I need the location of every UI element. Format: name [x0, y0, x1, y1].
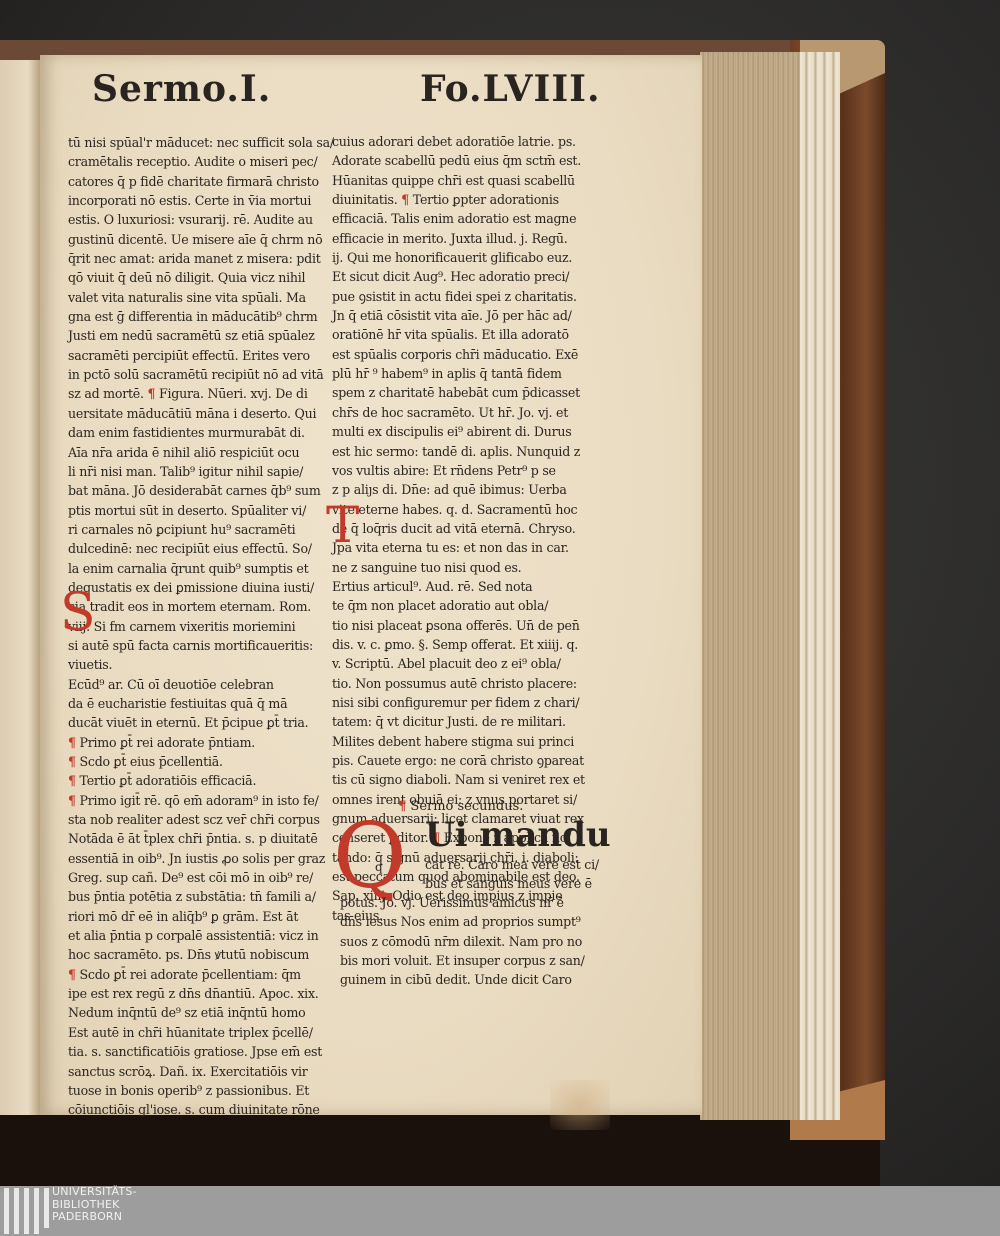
text-line: cuius adorari debet adoratiōe latrie. ps…: [332, 132, 622, 151]
text-line: in pctō solū sacramētū recipiūt nō ad vi…: [68, 365, 324, 384]
text-line: ¶ Tertio ꝑt̄ adoratiōis efficaciā.: [68, 771, 324, 790]
text-line: dn̄s iesus Nos enim ad proprios sumpt⁹: [340, 912, 625, 931]
text-line: tū nisi spūal'r māducet: nec sufficit so…: [68, 133, 324, 152]
text-line: oratiōnē hr̄ vita spūalis. Et illa adora…: [332, 325, 622, 344]
text-line: cōiunctiōis gl'iose. s. cum diuinitate r…: [68, 1100, 324, 1119]
text-line: degustatis ex dei ꝑmissione diuina iusti…: [68, 578, 324, 597]
text-line: vos vultis abire: Et rn̄dens Petr⁹ p se: [332, 461, 622, 480]
text-line: pue ꝯsistit in actu fidei spei z charita…: [332, 287, 622, 306]
folio-number: Fo.LVIII.: [420, 68, 601, 110]
text-line: tio. Non possumus autē christo placere:: [332, 674, 622, 693]
text-line: si autē spū facta carnis mortificaueriti…: [68, 636, 324, 655]
running-head-left-text: Sermo.I.: [92, 68, 271, 110]
logo-line-3: PADERBORN: [52, 1211, 137, 1224]
text-line: v. Scriptū. Abel placuit deo z ei⁹ obla/: [332, 654, 622, 673]
running-head-left: Sermo.I.: [92, 68, 271, 110]
text-line: Ecūd⁹ ar. Cū oī deuotiōe celebran: [68, 675, 324, 694]
text-line: q̄rit nec amat: arida manet z misera: pd…: [68, 249, 324, 268]
text-line: chr̄s de hoc sacramēto. Ut hr̄. Jo. vj. …: [332, 403, 622, 422]
text-line: Nedum inq̄ntū de⁹ sz etiā inq̄ntū homo: [68, 1003, 324, 1022]
text-line: de q̄ loq̄ris ducit ad vitā eternā. Chry…: [332, 519, 622, 538]
text-line: Jn q̄ etiā cōsistit vita aīe. Jō per hāc…: [332, 306, 622, 325]
text-line: sta nob realiter adest scz ver̄ chr̄i co…: [68, 810, 324, 829]
text-line: ¶ Primo ꝑt̄ rei adorate p̄ntiam.: [68, 733, 324, 752]
text-line: uersitate māducātiū māna i deserto. Qui: [68, 404, 324, 423]
text-line: guinem in cibū dedit. Unde dicit Caro: [340, 970, 625, 989]
text-line: cia tradit eos in mortem eternam. Rom.: [68, 597, 324, 616]
page-edges-stack: [700, 52, 840, 1120]
text-line: pis. Cauete ergo: ne corā christo ꝯparea…: [332, 751, 622, 770]
text-line: Milites debent habere stigma sui princi: [332, 732, 622, 751]
paragraph-mark-icon: ¶: [148, 386, 156, 401]
library-logo-icon: [4, 1188, 46, 1234]
text-line: hoc sacramēto. ps. Dn̄s ꝟtutū nobiscum: [68, 945, 324, 964]
text-line: z p aliȷs di. Dn̄e: ad quē ibimus: Uerba: [332, 480, 622, 499]
facing-page-edge: [0, 60, 42, 1115]
text-line: tuose in bonis operib⁹ z passionibus. Et: [68, 1081, 324, 1100]
text-line: gna est ḡ differentia in māducātib⁹ chrm: [68, 307, 324, 326]
text-line: viuetis.: [68, 655, 324, 674]
text-line: viij. Si fm carnem vixeritis moriemini: [68, 617, 324, 636]
text-line: Notāda ē āt t̄plex chr̄i p̄ntia. s. p di…: [68, 829, 324, 848]
text-line: ij. Qui me honorificauerit glificabo euz…: [332, 248, 622, 267]
text-line: te q̄m non placet adoratio aut obla/: [332, 596, 622, 615]
text-line: tia. s. sanctificatiōis gratiose. Jpse e…: [68, 1042, 324, 1061]
logo-line-1: UNIVERSITÄTS-: [52, 1186, 137, 1199]
text-line: Ertius articul⁹. Aud. rē. Sed nota: [332, 577, 622, 596]
text-line: li nr̄i nisi man. Talib⁹ igitur nihil sa…: [68, 462, 324, 481]
book-shadow: [0, 1110, 880, 1186]
folio-number-text: Fo.LVIII.: [420, 68, 601, 110]
text-line: et alia p̄ntia p corpalē assistentiā: vi…: [68, 926, 324, 945]
text-line: valet vita naturalis sine vita spūali. M…: [68, 288, 324, 307]
paragraph-mark-icon: ¶: [401, 192, 409, 207]
paragraph-mark-icon: ¶: [68, 773, 76, 788]
text-line: bus p̄ntia potētia z substātia: tn̄ fami…: [68, 887, 324, 906]
text-line: ¶ Scdo ꝑt̄ eius p̄cellentiā.: [68, 752, 324, 771]
text-line: ptis mortui sūt in deserto. Spūaliter vi…: [68, 501, 324, 520]
text-line: sz ad mortē. ¶ Figura. Nūeri. xvj. De di: [68, 384, 324, 403]
text-line: ¶ Primo igit̄ rē. qō em̄ adoram⁹ in isto…: [68, 791, 324, 810]
text-line: incorporati nō estis. Certe in v̄ia mort…: [68, 191, 324, 210]
text-after-initial: cat rē. Caro mea vere est ci/bus et sang…: [425, 855, 625, 894]
text-after-initial-continued: potus. Jo. vj. Uerissimus amicus nr̄ ēdn…: [340, 893, 625, 990]
text-line: Aīa nr̄a arida ē nihil aliō respiciūt oc…: [68, 443, 324, 462]
text-line: Est autē in chr̄i hūanitate triplex p̄ce…: [68, 1023, 324, 1042]
text-line: dam enim fastidientes murmurabāt di.: [68, 423, 324, 442]
text-line: plū hr̄ ⁹ habem⁹ in aplis q̄ tantā fidem: [332, 364, 622, 383]
text-line: tatem: q̄ vt dicitur Justi. de re milita…: [332, 712, 622, 731]
text-line: dulcedinē: nec recipiūt eius effectū. So…: [68, 539, 324, 558]
text-line: tio nisi placeat ꝑsona offerēs. Un̄ de p…: [332, 616, 622, 635]
library-banner: UNIVERSITÄTS- BIBLIOTHEK PADERBORN: [0, 1186, 1000, 1236]
text-line: cramētalis receptio. Audite o miseri pec…: [68, 152, 324, 171]
text-line: ¶ Scdo ꝑt̄ rei adorate p̄cellentiam: q̄m: [68, 965, 324, 984]
page-edges-light: [800, 52, 840, 1120]
text-line: bus et sanguis meus vere ē: [425, 874, 625, 893]
text-line: essentiā in oib⁹. Jn iustis ꝓo solis per…: [68, 849, 324, 868]
paragraph-mark-icon: ¶: [68, 735, 76, 750]
text-line: Hūanitas quippe chr̄i est quasi scabellū: [332, 171, 622, 190]
text-line: catores q̄ p fidē charitate firmarā chri…: [68, 172, 324, 191]
paragraph-mark-icon: ¶: [68, 967, 76, 982]
paragraph-mark-icon: ¶: [68, 754, 76, 769]
text-line: vite eterne habes. q. d. Sacramentū hoc: [332, 500, 622, 519]
rubricated-initial-s: S: [60, 587, 96, 639]
text-line: nisi sibi configuremur per fidem z chari…: [332, 693, 622, 712]
text-line: estis. O luxuriosi: vsurarij. rē. Audite…: [68, 210, 324, 229]
text-line: multi ex discipulis ei⁹ abirent di. Duru…: [332, 422, 622, 441]
text-line: suos z cōmodū nr̄m dilexit. Nam pro no: [340, 932, 625, 951]
text-line: est hic sermo: tandē di. aplis. Nunquid …: [332, 442, 622, 461]
text-line: diuinitatis. ¶ Tertio ꝑpter adorationis: [332, 190, 622, 209]
library-logo-text: UNIVERSITÄTS- BIBLIOTHEK PADERBORN: [52, 1186, 137, 1224]
text-line: sanctus scrōꝝ. Dañ. ix. Exercitatiōis vi…: [68, 1062, 324, 1081]
text-line: efficacie in merito. Juxta illud. j. Reg…: [332, 229, 622, 248]
text-line: Jpa vita eterna tu es: et non das in car…: [332, 538, 622, 557]
text-line: tis cū signo diaboli. Nam si veniret rex…: [332, 770, 622, 789]
rubricated-initial-q: Q: [333, 812, 407, 902]
text-line: Justi em nedū sacramētū sz etiā spūalez: [68, 326, 324, 345]
incipit-heading: Ui mandu: [425, 815, 611, 855]
section-heading: ¶ Sermo secundus.: [398, 799, 523, 814]
text-line: bis mori voluit. Et insuper corpus z san…: [340, 951, 625, 970]
rubricated-initial-t: T: [326, 500, 359, 550]
text-line: Et sicut dicit Aug⁹. Hec adoratio preci/: [332, 267, 622, 286]
guide-letter: q: [375, 860, 383, 874]
text-line: bat māna. Jō desiderabāt carnes q̄b⁹ sum: [68, 481, 324, 500]
text-line: ipe est rex regū z dn̄s dn̄antiū. Apoc. …: [68, 984, 324, 1003]
text-line: potus. Jo. vj. Uerissimus amicus nr̄ ē: [340, 893, 625, 912]
text-line: ri carnales nō ꝑcipiunt hu⁹ sacramēti: [68, 520, 324, 539]
text-line: est spūalis corporis chr̄i māducatio. Ex…: [332, 345, 622, 364]
text-line: Adorate scabellū pedū eius q̄m sctm̄ est…: [332, 151, 622, 170]
text-line: la enim carnalia q̄runt quib⁹ sumptis et: [68, 559, 324, 578]
text-column-left: tū nisi spūal'r māducet: nec sufficit so…: [68, 133, 324, 1120]
text-line: sacramēti percipiūt effectū. Erites vero: [68, 346, 324, 365]
text-line: efficaciā. Talis enim adoratio est magne: [332, 209, 622, 228]
text-line: riori mō dr̄ eē in aliq̄b⁹ ꝑ grām. Est ā…: [68, 907, 324, 926]
paper-stain: [550, 1080, 610, 1130]
text-line: gustinū dicentē. Ue misere aīe q̄ chrm n…: [68, 230, 324, 249]
text-line: ducāt viuēt in eternū. Et p̄cipue ꝑt̄ tr…: [68, 713, 324, 732]
text-line: ne z sanguine tuo nisi quod es.: [332, 558, 622, 577]
text-line: spem z charitatē habebāt cum p̄dicasset: [332, 383, 622, 402]
text-line: qō viuit q̄ deū nō diligit. Quia vicz ni…: [68, 268, 324, 287]
paragraph-mark-icon: ¶: [68, 793, 76, 808]
text-line: da ē eucharistie festiuitas quā q̄ mā: [68, 694, 324, 713]
text-line: cat rē. Caro mea vere est ci/: [425, 855, 625, 874]
text-line: dis. v. c. ꝑmo. §. Semp offerat. Et xiii…: [332, 635, 622, 654]
text-line: Greg. sup cañ. De⁹ est cōi mō in oib⁹ re…: [68, 868, 324, 887]
